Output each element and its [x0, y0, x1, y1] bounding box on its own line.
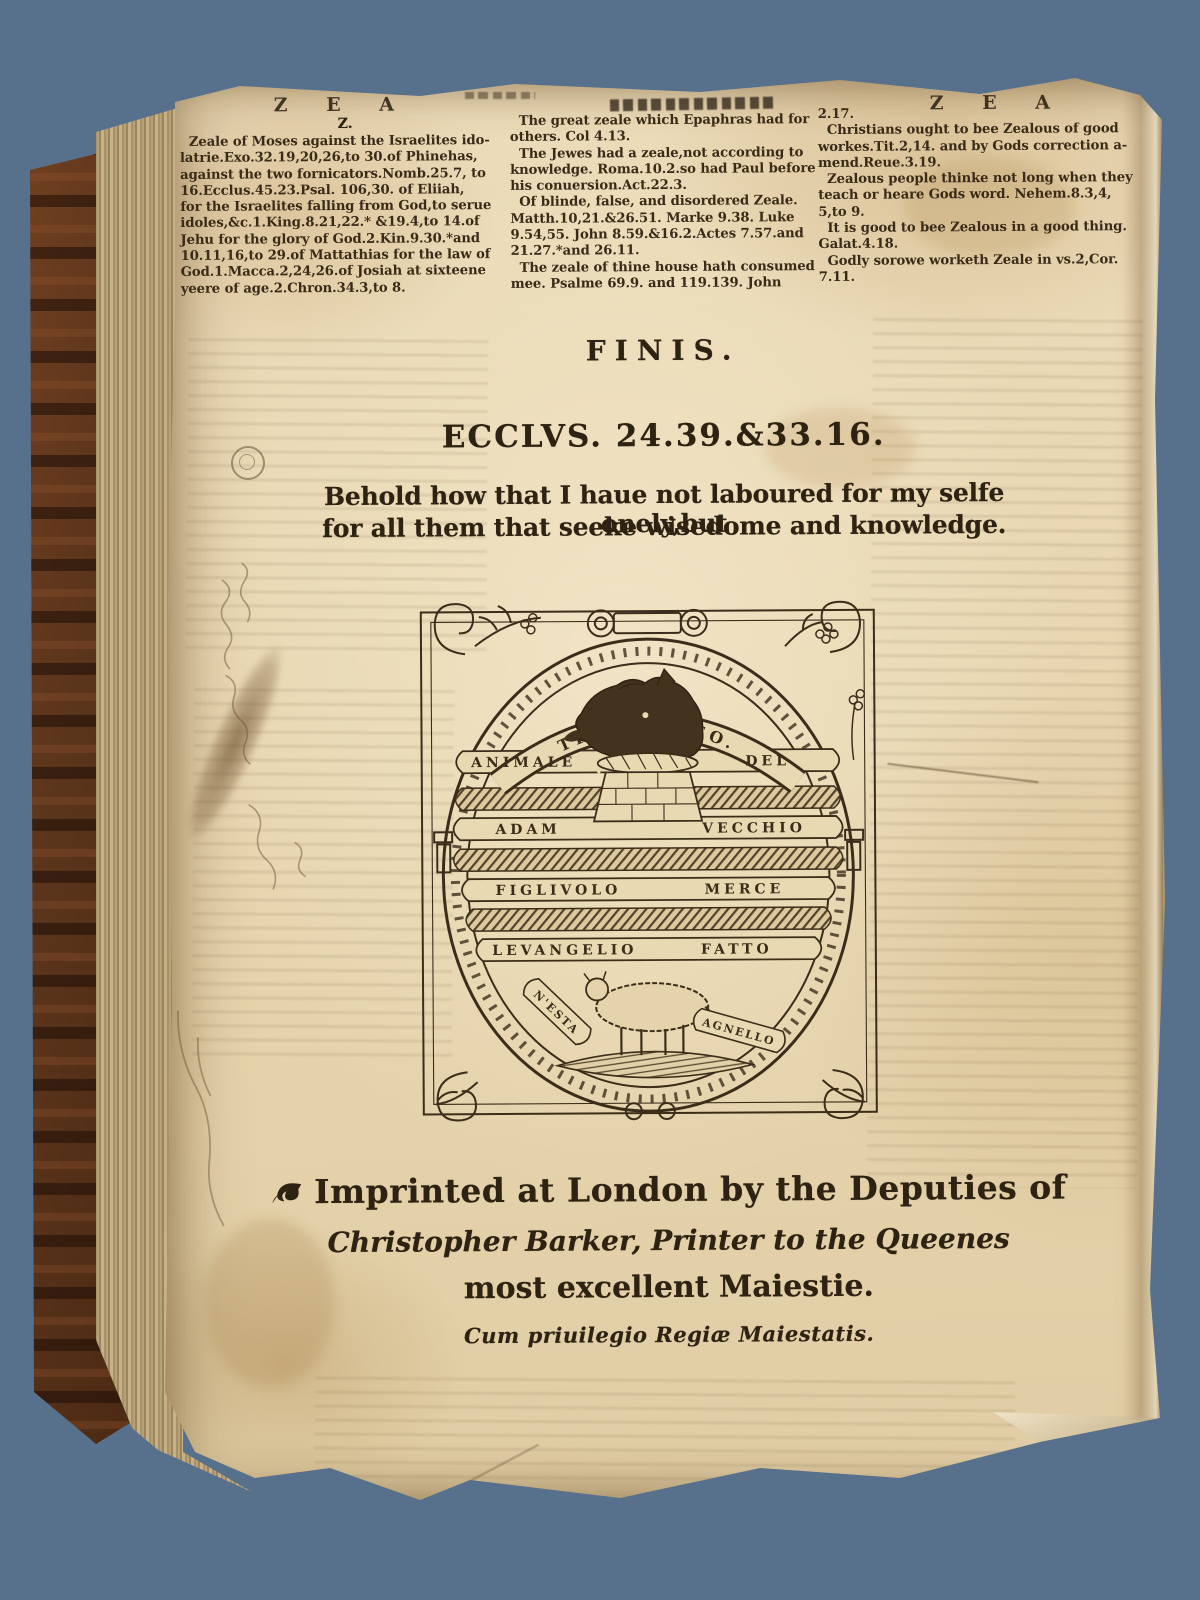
- scripture-quote-line2: for all them that seeke wisedome and kno…: [284, 510, 1044, 544]
- index-text-line: 2.17.: [818, 105, 1118, 123]
- imprint-line1-text: Imprinted at London by the Deputies of: [314, 1168, 1066, 1212]
- scripture-reference: ECCLVS. 24.39.&33.16.: [414, 416, 914, 455]
- svg-text:LEVANGELIO: LEVANGELIO: [492, 942, 637, 959]
- index-text-line: Zeale of Moses against the Israelites id…: [180, 133, 514, 151]
- svg-text:ANIMALE: ANIMALE: [470, 755, 576, 772]
- hedera-ornament-icon: [270, 1179, 304, 1205]
- index-text-line: against the two fornicators.Nomb.25.7, t…: [180, 166, 514, 184]
- finis-heading: FINIS.: [463, 333, 863, 368]
- index-text-line: 5,to 9.: [818, 203, 1118, 221]
- brick-pedestal: [594, 772, 702, 822]
- index-text-line: 16.Ecclus.45.23.Psal. 106,30. of Eliiah,: [180, 182, 514, 200]
- index-text-line: latrie.Exo.32.19,20,26,to 30.of Phinehas…: [180, 149, 514, 167]
- index-column-middle: The great zeale which Epaphras had forot…: [510, 112, 817, 293]
- index-text-line: workes.Tit.2,14. and by Gods correction …: [818, 138, 1118, 156]
- index-text-line: teach or heare Gods word. Nehem.8.3,4,: [818, 187, 1118, 205]
- index-text-line: mend.Reue.3.19.: [818, 154, 1118, 172]
- index-text-line: The zeale of thine house hath consumed: [511, 259, 817, 277]
- running-header-left: Z E A: [274, 94, 410, 117]
- imprint-line1: Imprinted at London by the Deputies of: [248, 1167, 1088, 1211]
- twisted-wreath: [598, 753, 698, 774]
- index-text-line: The great zeale which Epaphras had for: [510, 112, 816, 130]
- index-text-line: 9.54,55. John 8.59.&16.2.Actes 7.57.and: [510, 226, 816, 244]
- bottom-ribbon-right: AGNELLO: [691, 1007, 787, 1054]
- index-text-line: Godly sorowe worketh Zeale in vs.2,Cor.: [819, 252, 1119, 270]
- imprint-line2: Christopher Barker, Printer to the Queen…: [289, 1222, 1049, 1260]
- printers-device-woodcut: TIGRE : REO. ANIMALE DEL ADAM: [405, 582, 893, 1140]
- section-letter: Z.: [338, 116, 353, 132]
- index-text-line: Christians ought to bee Zealous of good: [818, 122, 1118, 140]
- index-column-left: Zeale of Moses against the Israelites id…: [180, 133, 515, 298]
- index-text-line: Galat.4.18.: [818, 236, 1118, 254]
- index-text-line: The Jewes had a zeale,not according to: [510, 145, 816, 163]
- index-text-line: his conuersion.Act.22.3.: [510, 177, 816, 195]
- index-text-line: idoles,&c.1.King.8.21,22.* &19.4,to 14.o…: [180, 214, 514, 232]
- index-text-line: God.1.Macca.2,24,26.of Josiah at sixteen…: [181, 263, 515, 281]
- index-text-line: 10.11,16,to 29.of Mattathias for the law…: [181, 247, 515, 265]
- index-text-line: Jehu for the glory of God.2.Kin.9.30.*an…: [180, 231, 514, 249]
- photo-of-antique-book: { "colors":{"background":"#57718c","pape…: [0, 0, 1200, 1600]
- imprint-line3: most excellent Maiestie.: [349, 1268, 989, 1307]
- index-text-line: It is good to bee Zealous in a good thin…: [818, 219, 1118, 237]
- svg-text:FATTO: FATTO: [701, 941, 773, 957]
- index-text-line: Matth.10,21.&26.51. Marke 9.38. Luke: [510, 210, 816, 228]
- svg-text:MERCE: MERCE: [705, 881, 785, 897]
- index-text-line: Zealous people thinke not long when they: [818, 170, 1118, 188]
- index-text-line: 21.27.*and 26.11.: [511, 242, 817, 260]
- index-text-line: knowledge. Roma.10.2.so had Paul before: [510, 161, 816, 179]
- privilege-line: Cum priuilegio Regiæ Maiestatis.: [399, 1320, 939, 1348]
- svg-text:DEL: DEL: [745, 753, 790, 769]
- index-text-line: mee. Psalme 69.9. and 119.139. John: [511, 275, 817, 293]
- svg-text:FIGLIVOLO: FIGLIVOLO: [496, 882, 622, 899]
- index-column-right: 2.17. Christians ought to bee Zealous of…: [818, 105, 1119, 286]
- index-text-line: others. Col 4.13.: [510, 128, 816, 146]
- svg-text:VECCHIO: VECCHIO: [701, 820, 806, 837]
- book-page: Z E A Z E A Z. Zeale of Moses against th…: [165, 78, 1165, 1506]
- index-text-line: for the Israelites falling from God,to s…: [180, 198, 514, 216]
- svg-text:ADAM: ADAM: [494, 822, 560, 838]
- index-text-line: Of blinde, false, and disordered Zeale.: [510, 194, 816, 212]
- index-text-line: 7.11.: [819, 268, 1119, 286]
- index-text-line: yeere of age.2.Chron.34.3,to 8.: [181, 280, 515, 298]
